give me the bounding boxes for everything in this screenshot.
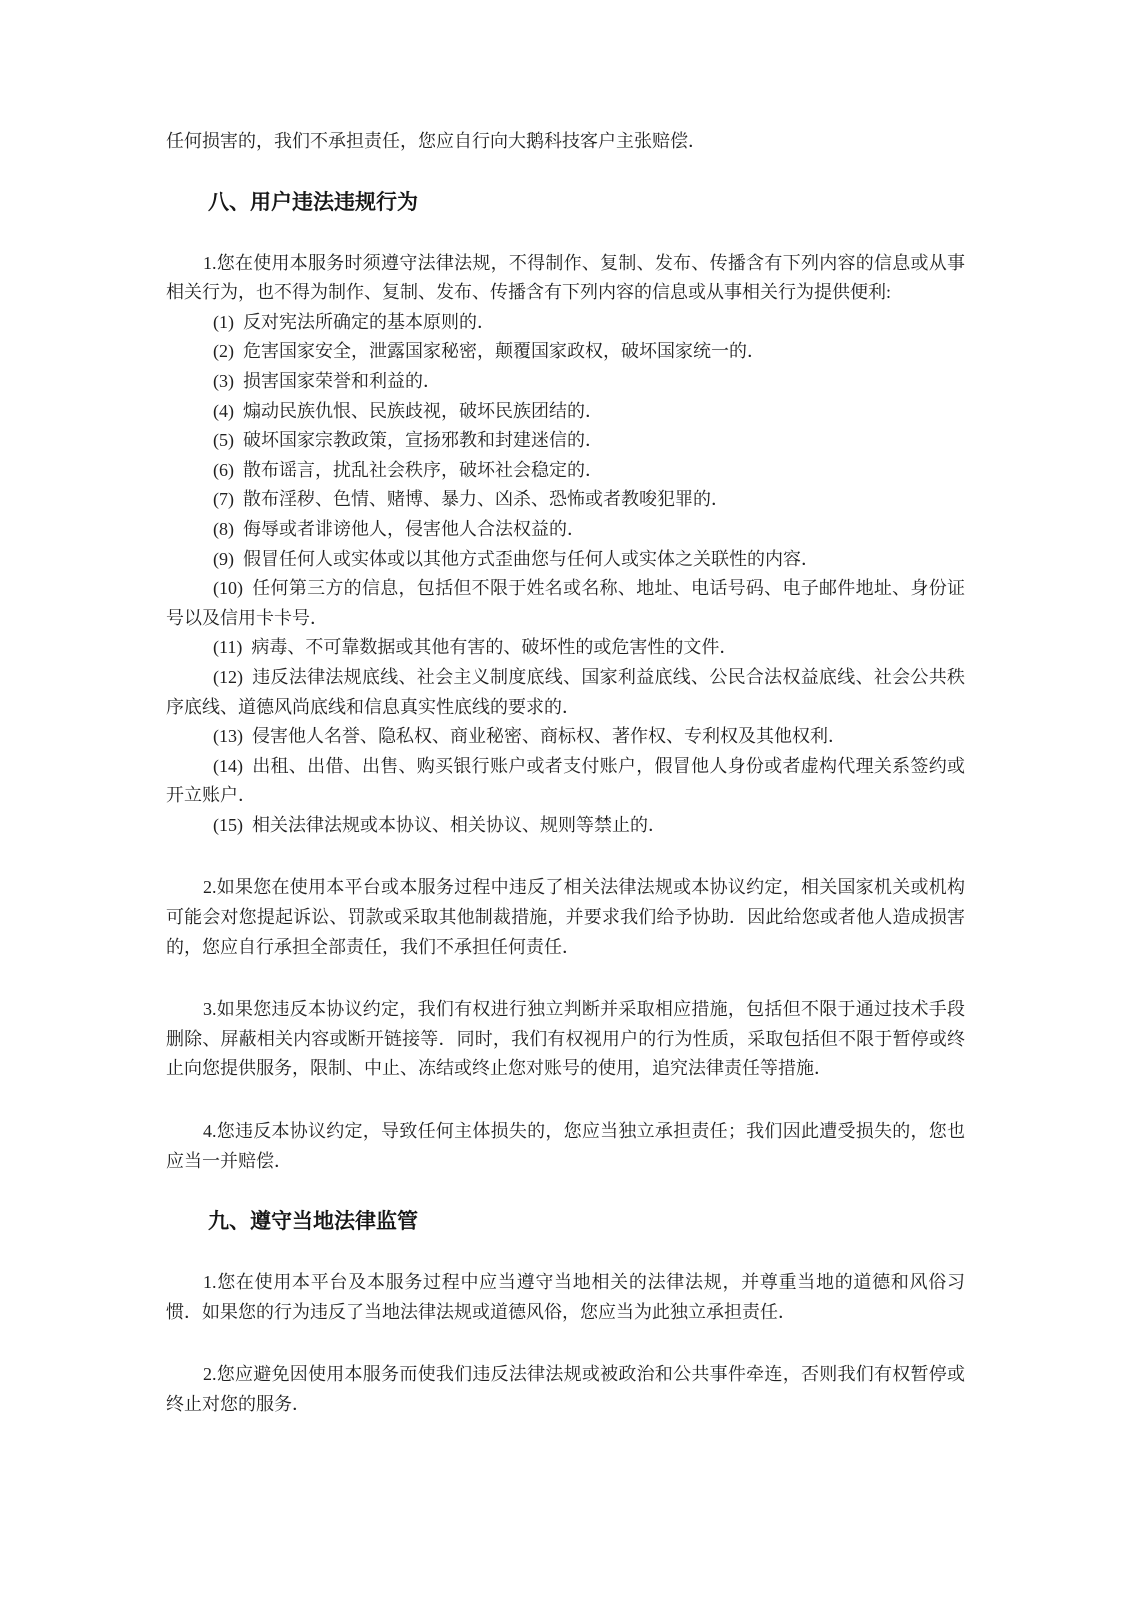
list-item-6: (6) 散布谣言，扰乱社会秩序，破坏社会稳定的． <box>166 456 965 486</box>
section-8-paragraph-3: 3.如果您违反本协议约定，我们有权进行独立判断并采取相应措施，包括但不限于通过技… <box>166 995 965 1084</box>
list-item-1: (1) 反对宪法所确定的基本原则的． <box>166 308 965 338</box>
section-8-lead-paragraph: 1.您在使用本服务时须遵守法律法规，不得制作、复制、发布、传播含有下列内容的信息… <box>166 249 965 308</box>
list-item-14: (14) 出租、出借、出售、购买银行账户或者支付账户，假冒他人身份或者虚构代理关… <box>166 752 965 811</box>
section-8-heading: 八、用户违法违规行为 <box>166 189 965 215</box>
list-item-9: (9) 假冒任何人或实体或以其他方式歪曲您与任何人或实体之关联性的内容． <box>166 545 965 575</box>
list-item-12: (12) 违反法律法规底线、社会主义制度底线、国家利益底线、公民合法权益底线、社… <box>166 663 965 722</box>
list-item-15: (15) 相关法律法规或本协议、相关协议、规则等禁止的． <box>166 811 965 841</box>
section-8-paragraph-2: 2.如果您在使用本平台或本服务过程中违反了相关法律法规或本协议约定，相关国家机关… <box>166 873 965 962</box>
list-item-7: (7) 散布淫秽、色情、赌博、暴力、凶杀、恐怖或者教唆犯罪的． <box>166 485 965 515</box>
intro-continuation-paragraph: 任何损害的，我们不承担责任，您应自行向大鹅科技客户主张赔偿． <box>166 127 965 157</box>
list-item-8: (8) 侮辱或者诽谤他人，侵害他人合法权益的． <box>166 515 965 545</box>
document-page: 任何损害的，我们不承担责任，您应自行向大鹅科技客户主张赔偿． 八、用户违法违规行… <box>0 0 1131 1600</box>
section-9-heading: 九、遵守当地法律监管 <box>166 1208 965 1234</box>
section-9-paragraph-1: 1.您在使用本平台及本服务过程中应当遵守当地相关的法律法规，并尊重当地的道德和风… <box>166 1268 965 1327</box>
list-item-4: (4) 煽动民族仇恨、民族歧视，破坏民族团结的． <box>166 397 965 427</box>
list-item-10: (10) 任何第三方的信息，包括但不限于姓名或名称、地址、电话号码、电子邮件地址… <box>166 574 965 633</box>
list-item-2: (2) 危害国家安全，泄露国家秘密，颠覆国家政权，破坏国家统一的． <box>166 337 965 367</box>
section-9-paragraph-2: 2.您应避免因使用本服务而使我们违反法律法规或被政治和公共事件牵连，否则我们有权… <box>166 1360 965 1419</box>
list-item-13: (13) 侵害他人名誉、隐私权、商业秘密、商标权、著作权、专利权及其他权利． <box>166 722 965 752</box>
list-item-5: (5) 破坏国家宗教政策，宣扬邪教和封建迷信的． <box>166 426 965 456</box>
section-8-paragraph-4: 4.您违反本协议约定，导致任何主体损失的，您应当独立承担责任；我们因此遭受损失的… <box>166 1117 965 1176</box>
list-item-11: (11) 病毒、不可靠数据或其他有害的、破坏性的或危害性的文件． <box>166 633 965 663</box>
list-item-3: (3) 损害国家荣誉和利益的． <box>166 367 965 397</box>
